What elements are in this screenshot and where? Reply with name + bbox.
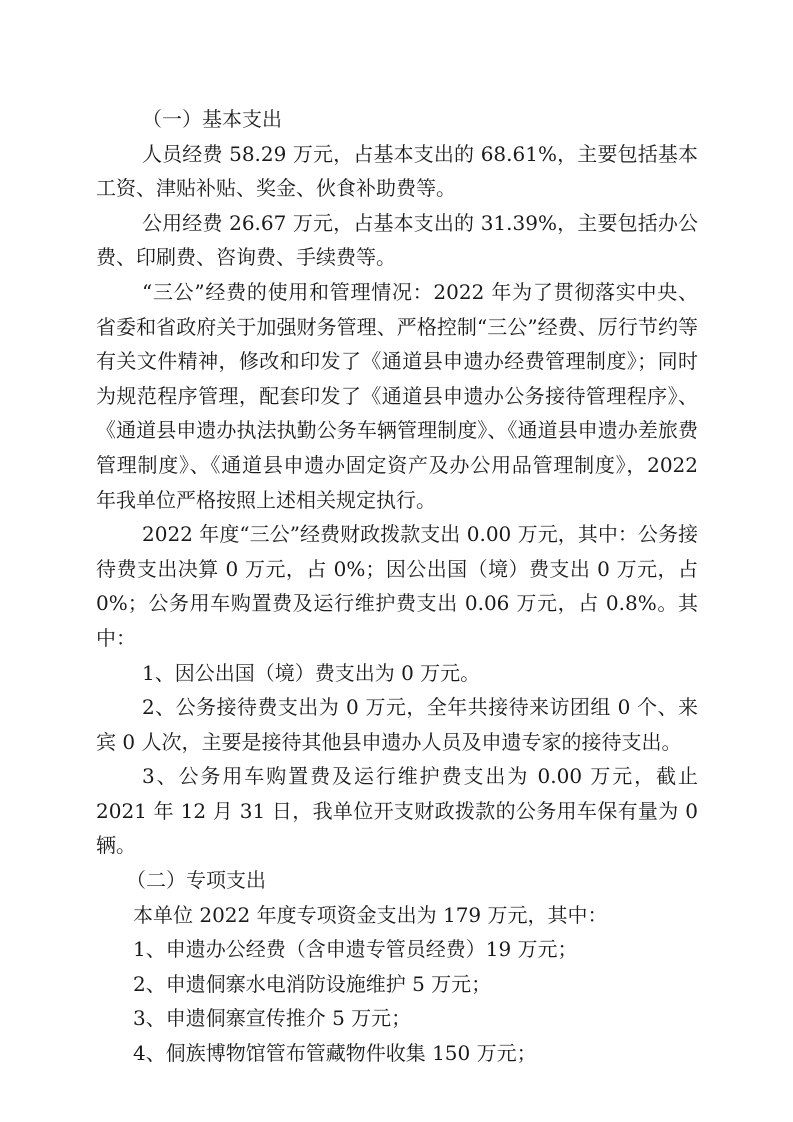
section-heading-special-expenditure: （二）专项支出 xyxy=(96,863,698,898)
paragraph-public-expenses: 公用经费 26.67 万元，占基本支出的 31.39%，主要包括办公费、印刷费、… xyxy=(96,206,698,275)
list-item-special-1: 1、申遗办公经费（含申遗专管员经费）19 万元； xyxy=(96,932,698,967)
list-item-special-2: 2、申遗侗寨水电消防设施维护 5 万元； xyxy=(96,967,698,1002)
list-item-special-4: 4、侗族博物馆管布管藏物件收集 150 万元； xyxy=(96,1036,698,1071)
paragraph-three-public-totals: 2022 年度“三公”经费财政拨款支出 0.00 万元，其中：公务接待费支出决算… xyxy=(96,517,698,655)
paragraph-three-public-management: “三公”经费的使用和管理情况：2022 年为了贯彻落实中央、省委和省政府关于加强… xyxy=(96,275,698,517)
document-page: （一）基本支出 人员经费 58.29 万元，占基本支出的 68.61%，主要包括… xyxy=(96,102,698,1071)
list-item-official-reception: 2、公务接待费支出为 0 万元，全年共接待来访团组 0 个、来宾 0 人次，主要… xyxy=(96,690,698,759)
list-item-special-3: 3、申遗侗寨宣传推介 5 万元； xyxy=(96,1001,698,1036)
paragraph-personnel-expenses: 人员经费 58.29 万元，占基本支出的 68.61%，主要包括基本工资、津贴补… xyxy=(96,137,698,206)
section-heading-basic-expenditure: （一）基本支出 xyxy=(96,102,698,137)
list-item-overseas-travel: 1、因公出国（境）费支出为 0 万元。 xyxy=(96,656,698,691)
paragraph-special-intro: 本单位 2022 年度专项资金支出为 179 万元，其中： xyxy=(96,898,698,933)
list-item-official-vehicles: 3、公务用车购置费及运行维护费支出为 0.00 万元，截止 2021 年 12 … xyxy=(96,759,698,863)
